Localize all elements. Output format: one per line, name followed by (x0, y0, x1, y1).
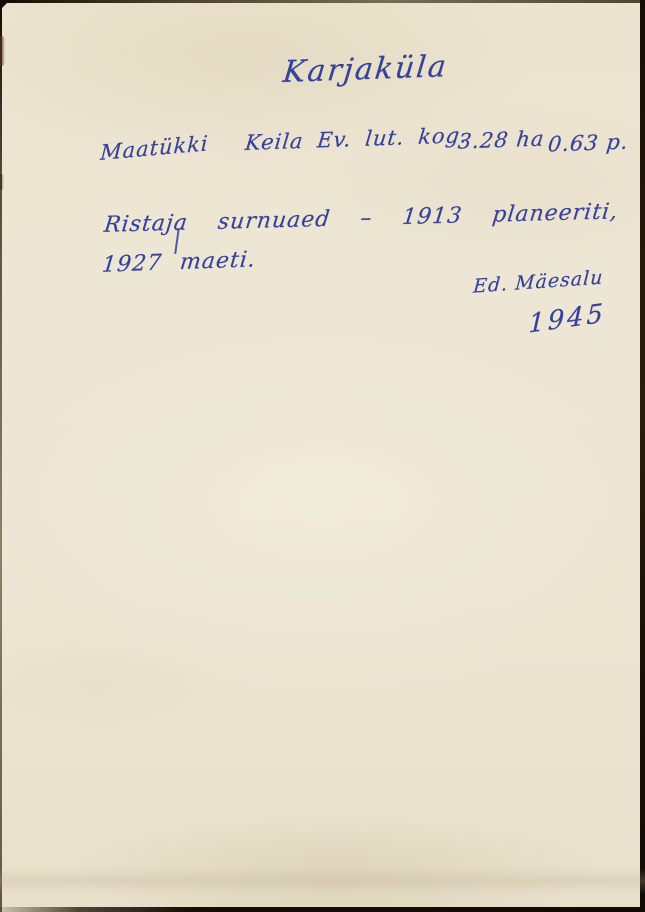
scanned-card: Karjaküla Maatükki Keila Ev. lut. kog. 3… (0, 0, 645, 912)
body-line-1: Ristaja surnuaed – 1913 planeeriti, (103, 199, 620, 238)
signature: Ed. Mäesalu (472, 266, 604, 297)
card-title: Karjaküla (281, 49, 449, 90)
land-parcel-word: Maatükki (100, 131, 210, 165)
year: 1945 (528, 298, 606, 339)
scan-edge-right (640, 0, 645, 912)
land-owner-text: Keila Ev. lut. kog. (244, 123, 469, 155)
land-area-value: 3.28 ha (457, 126, 546, 153)
body-line-2: 1927 maeti. (101, 247, 257, 277)
scan-edge-top (0, 0, 645, 3)
paper-shadow-band (0, 868, 645, 894)
scan-notch-left-lower (0, 174, 4, 190)
scan-corner-top-left (0, 0, 10, 10)
scan-edge-left (0, 0, 2, 912)
scan-edge-bottom (0, 907, 645, 912)
scan-notch-left-upper (0, 36, 5, 66)
land-area-extra-value: 0.63 p. (547, 130, 630, 157)
